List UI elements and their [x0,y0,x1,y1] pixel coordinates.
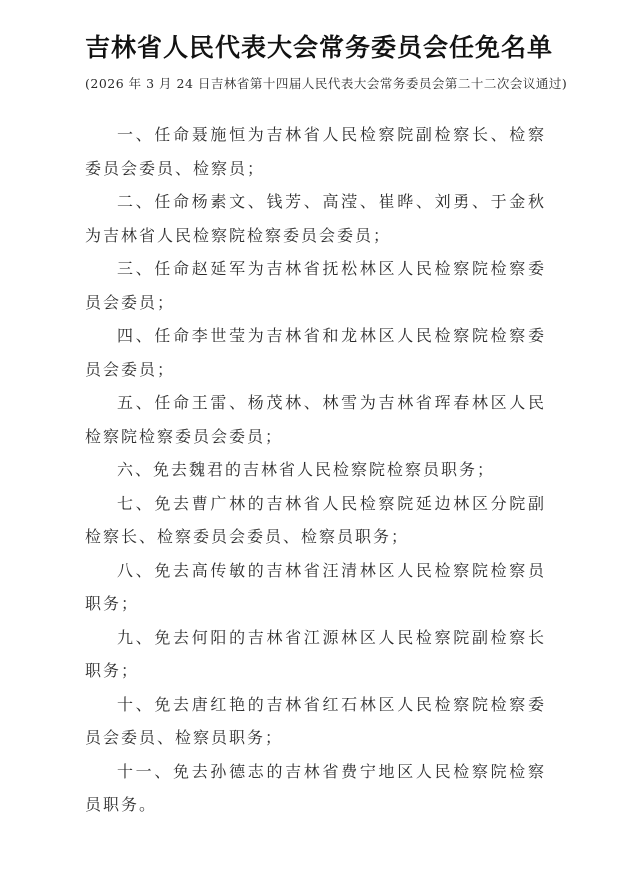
paragraph-item-4: 四、任命李世莹为吉林省和龙林区人民检察院检察委员会委员； [85,319,546,386]
paragraph-item-5: 五、任命王雷、杨茂林、林雪为吉林省珲春林区人民检察院检察委员会委员； [85,386,546,453]
paragraph-item-3: 三、任命赵延军为吉林省抚松林区人民检察院检察委员会委员； [85,252,546,319]
paragraph-item-1: 一、任命聂施恒为吉林省人民检察院副检察长、检察委员会委员、检察员； [85,118,546,185]
paragraph-item-11: 十一、免去孙德志的吉林省费宁地区人民检察院检察员职务。 [85,755,546,822]
paragraph-item-10: 十、免去唐红艳的吉林省红石林区人民检察院检察委员会委员、检察员职务； [85,688,546,755]
document-body: 一、任命聂施恒为吉林省人民检察院副检察长、检察委员会委员、检察员； 二、任命杨素… [85,118,546,822]
document-page: 吉林省人民代表大会常务委员会任免名单 (2026 年 3 月 24 日吉林省第十… [0,0,630,876]
paragraph-item-7: 七、免去曹广林的吉林省人民检察院延边林区分院副检察长、检察委员会委员、检察员职务… [85,487,546,554]
paragraph-item-8: 八、免去高传敏的吉林省汪清林区人民检察院检察员职务； [85,554,546,621]
document-subtitle: (2026 年 3 月 24 日吉林省第十四届人民代表大会常务委员会第二十二次会… [85,75,546,93]
document-title: 吉林省人民代表大会常务委员会任免名单 [85,30,546,66]
paragraph-item-9: 九、免去何阳的吉林省江源林区人民检察院副检察长职务； [85,621,546,688]
paragraph-item-2: 二、任命杨素文、钱芳、高滢、崔晔、刘勇、于金秋为吉林省人民检察院检察委员会委员； [85,185,546,252]
paragraph-item-6: 六、免去魏君的吉林省人民检察院检察员职务； [85,453,546,487]
